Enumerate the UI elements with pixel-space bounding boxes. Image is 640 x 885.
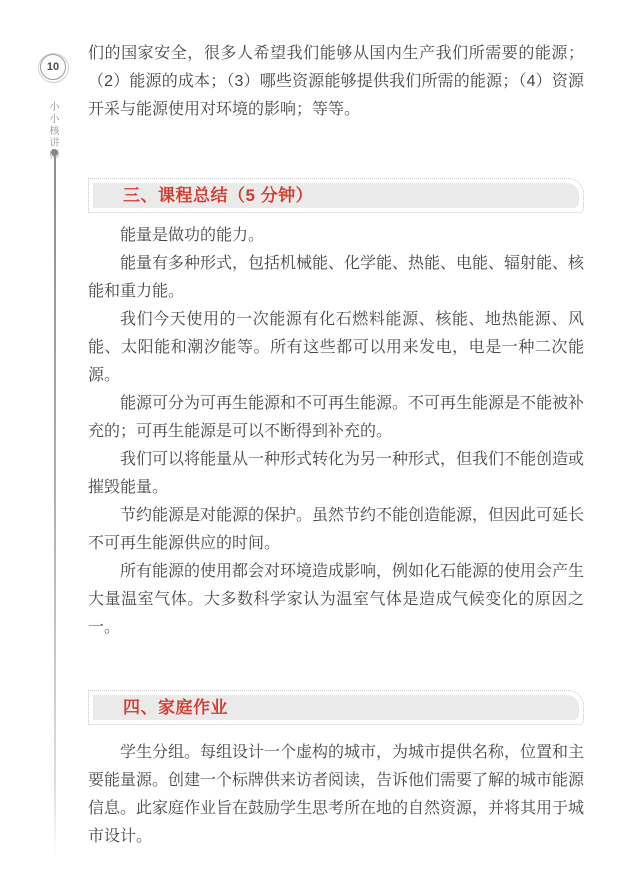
section-title-course-summary: 三、课程总结（5 分钟） xyxy=(123,186,313,205)
paragraph: 节约能源是对能源的保护。虽然节约不能创造能源，但因此可延长不可再生能源供应的时间… xyxy=(88,502,584,558)
paragraph: 学生分组。每组设计一个虚构的城市，为城市提供名称，位置和主要能量源。创建一个标牌… xyxy=(88,739,584,851)
book-page: 10 小小核讲师 们的国家安全，很多人希望我们能够从国内生产我们所需要的能源；（… xyxy=(0,0,640,885)
paragraph: 能源可分为可再生能源和不可再生能源。不可再生能源是不能被补充的；可再生能源是可以… xyxy=(88,390,584,446)
paragraph: 我们今天使用的一次能源有化石燃料能源、核能、地热能源、风能、太阳能和潮汐能等。所… xyxy=(88,306,584,390)
section-header-homework: 四、家庭作业 xyxy=(88,690,584,725)
section-title-homework: 四、家庭作业 xyxy=(123,698,228,717)
paragraph: 能量有多种形式，包括机械能、化学能、热能、电能、辐射能、核能和重力能。 xyxy=(88,250,584,306)
paragraph: 能量是做功的能力。 xyxy=(88,222,584,250)
intro-paragraph: 们的国家安全，很多人希望我们能够从国内生产我们所需要的能源；（2）能源的成本；（… xyxy=(88,40,584,124)
page-number: 10 xyxy=(47,61,59,73)
section-header-bar: 四、家庭作业 xyxy=(93,695,579,720)
section-header-bar: 三、课程总结（5 分钟） xyxy=(93,183,579,208)
section-header-course-summary: 三、课程总结（5 分钟） xyxy=(88,178,584,213)
page-number-badge: 10 xyxy=(40,54,66,80)
margin-rail-line xyxy=(54,155,56,858)
section-body-homework: 学生分组。每组设计一个虚构的城市，为城市提供名称，位置和主要能量源。创建一个标牌… xyxy=(88,739,584,851)
section-body-course-summary: 能量是做功的能力。 能量有多种形式，包括机械能、化学能、热能、电能、辐射能、核能… xyxy=(88,222,584,642)
paragraph: 我们可以将能量从一种形式转化为另一种形式，但我们不能创造或摧毁能量。 xyxy=(88,446,584,502)
paragraph: 所有能源的使用都会对环境造成影响，例如化石能源的使用会产生大量温室气体。大多数科… xyxy=(88,558,584,642)
page-content: 们的国家安全，很多人希望我们能够从国内生产我们所需要的能源；（2）能源的成本；（… xyxy=(88,40,584,851)
